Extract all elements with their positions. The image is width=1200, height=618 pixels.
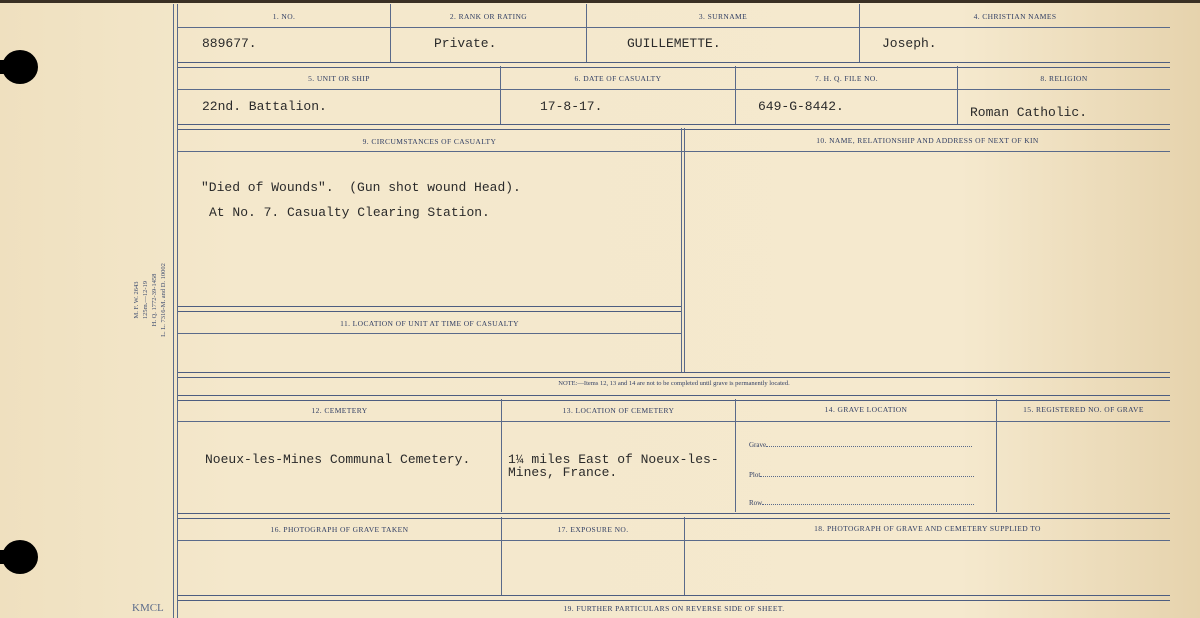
- rule: [178, 395, 1170, 401]
- unit-value: 22nd. Battalion.: [202, 99, 327, 114]
- rule: [178, 306, 681, 312]
- grave-field-line: [766, 440, 972, 447]
- cemetery-value: Noeux-les-Mines Communal Cemetery.: [205, 452, 470, 467]
- rule: [178, 62, 1170, 68]
- surname-value: GUILLEMETTE.: [627, 36, 721, 51]
- col-divider: [996, 399, 997, 512]
- circumstances-label: 9. Circumstances of Casualty: [178, 137, 681, 146]
- photo-supplied-label: 18. Photograph of Grave and Cemetery Sup…: [685, 524, 1170, 533]
- col-divider: [681, 128, 682, 372]
- service-number: 889677.: [202, 36, 257, 51]
- row-field-label: Row: [749, 499, 762, 507]
- rule: [178, 372, 1170, 378]
- cemetery-label: 12. Cemetery: [178, 406, 501, 415]
- plot-field-line: [760, 470, 974, 477]
- col-divider: [684, 128, 685, 372]
- further-particulars-label: 19. Further Particulars on Reverse Side …: [178, 604, 1170, 613]
- rule: [178, 89, 1170, 90]
- punch-hole-bottom: [2, 540, 38, 574]
- col-divider: [501, 399, 502, 512]
- rule: [178, 333, 681, 334]
- rule: [178, 540, 1170, 541]
- file-no-label: 7. H. Q. File No.: [736, 74, 957, 83]
- circumstances-line-1: "Died of Wounds". (Gun shot wound Head).: [201, 180, 521, 195]
- cemetery-location-line-2: Mines, France.: [508, 465, 617, 480]
- form-print-reference: M. F. W. 2643 125m.—12-19 H. Q. 1772-39-…: [132, 255, 168, 345]
- no-label: 1. No.: [178, 12, 390, 21]
- grave-location-label: 14. Grave Location: [736, 405, 996, 414]
- christian-names-value: Joseph.: [882, 36, 937, 51]
- grave-field-label: Grave: [749, 441, 766, 449]
- top-edge: [0, 0, 1200, 3]
- next-of-kin-label: 10. Name, Relationship and Address of Ne…: [685, 136, 1170, 145]
- rule: [178, 421, 1170, 422]
- unit-label: 5. Unit or Ship: [178, 74, 500, 83]
- christian-names-label: 4. Christian Names: [860, 12, 1170, 21]
- archive-mark: KMCL: [132, 602, 164, 614]
- row-field: Row: [749, 498, 974, 507]
- registered-no-label: 15. Registered No. of Grave: [997, 405, 1170, 414]
- file-no-value: 649-G-8442.: [758, 99, 844, 114]
- religion-label: 8. Religion: [958, 74, 1170, 83]
- grave-field: Grave: [749, 440, 972, 449]
- plot-field: Plot: [749, 470, 974, 479]
- surname-label: 3. Surname: [587, 12, 859, 21]
- side-print-line: L. L. 7316-M. and D. 10002: [159, 255, 168, 345]
- rule: [178, 595, 1170, 601]
- date-value: 17-8-17.: [540, 99, 602, 114]
- exposure-no-label: 17. Exposure No.: [502, 525, 684, 534]
- religion-value: Roman Catholic.: [970, 105, 1087, 120]
- punch-hole-top: [2, 50, 38, 84]
- rule: [178, 513, 1170, 519]
- note-text: NOTE:—Items 12, 13 and 14 are not to be …: [178, 380, 1170, 387]
- rule: [178, 151, 1170, 152]
- date-label: 6. Date of Casualty: [501, 74, 735, 83]
- side-print-line: 125m.—12-19: [141, 255, 150, 345]
- rank-label: 2. Rank or Rating: [391, 12, 586, 21]
- margin-line: [173, 4, 174, 618]
- rule: [178, 124, 1170, 130]
- side-print-line: H. Q. 1772-39-1458: [150, 255, 159, 345]
- location-of-cemetery-label: 13. Location of Cemetery: [502, 406, 735, 415]
- location-of-unit-label: 11. Location of Unit at Time of Casualty: [178, 319, 681, 328]
- side-print-line: M. F. W. 2643: [132, 255, 141, 345]
- row-field-line: [762, 498, 974, 505]
- plot-field-label: Plot: [749, 471, 760, 479]
- rank-value: Private.: [434, 36, 496, 51]
- casualty-card: M. F. W. 2643 125m.—12-19 H. Q. 1772-39-…: [0, 0, 1200, 618]
- rule: [178, 27, 1170, 28]
- circumstances-line-2: At No. 7. Casualty Clearing Station.: [209, 205, 490, 220]
- photo-taken-label: 16. Photograph of Grave Taken: [178, 525, 501, 534]
- col-divider: [735, 399, 736, 512]
